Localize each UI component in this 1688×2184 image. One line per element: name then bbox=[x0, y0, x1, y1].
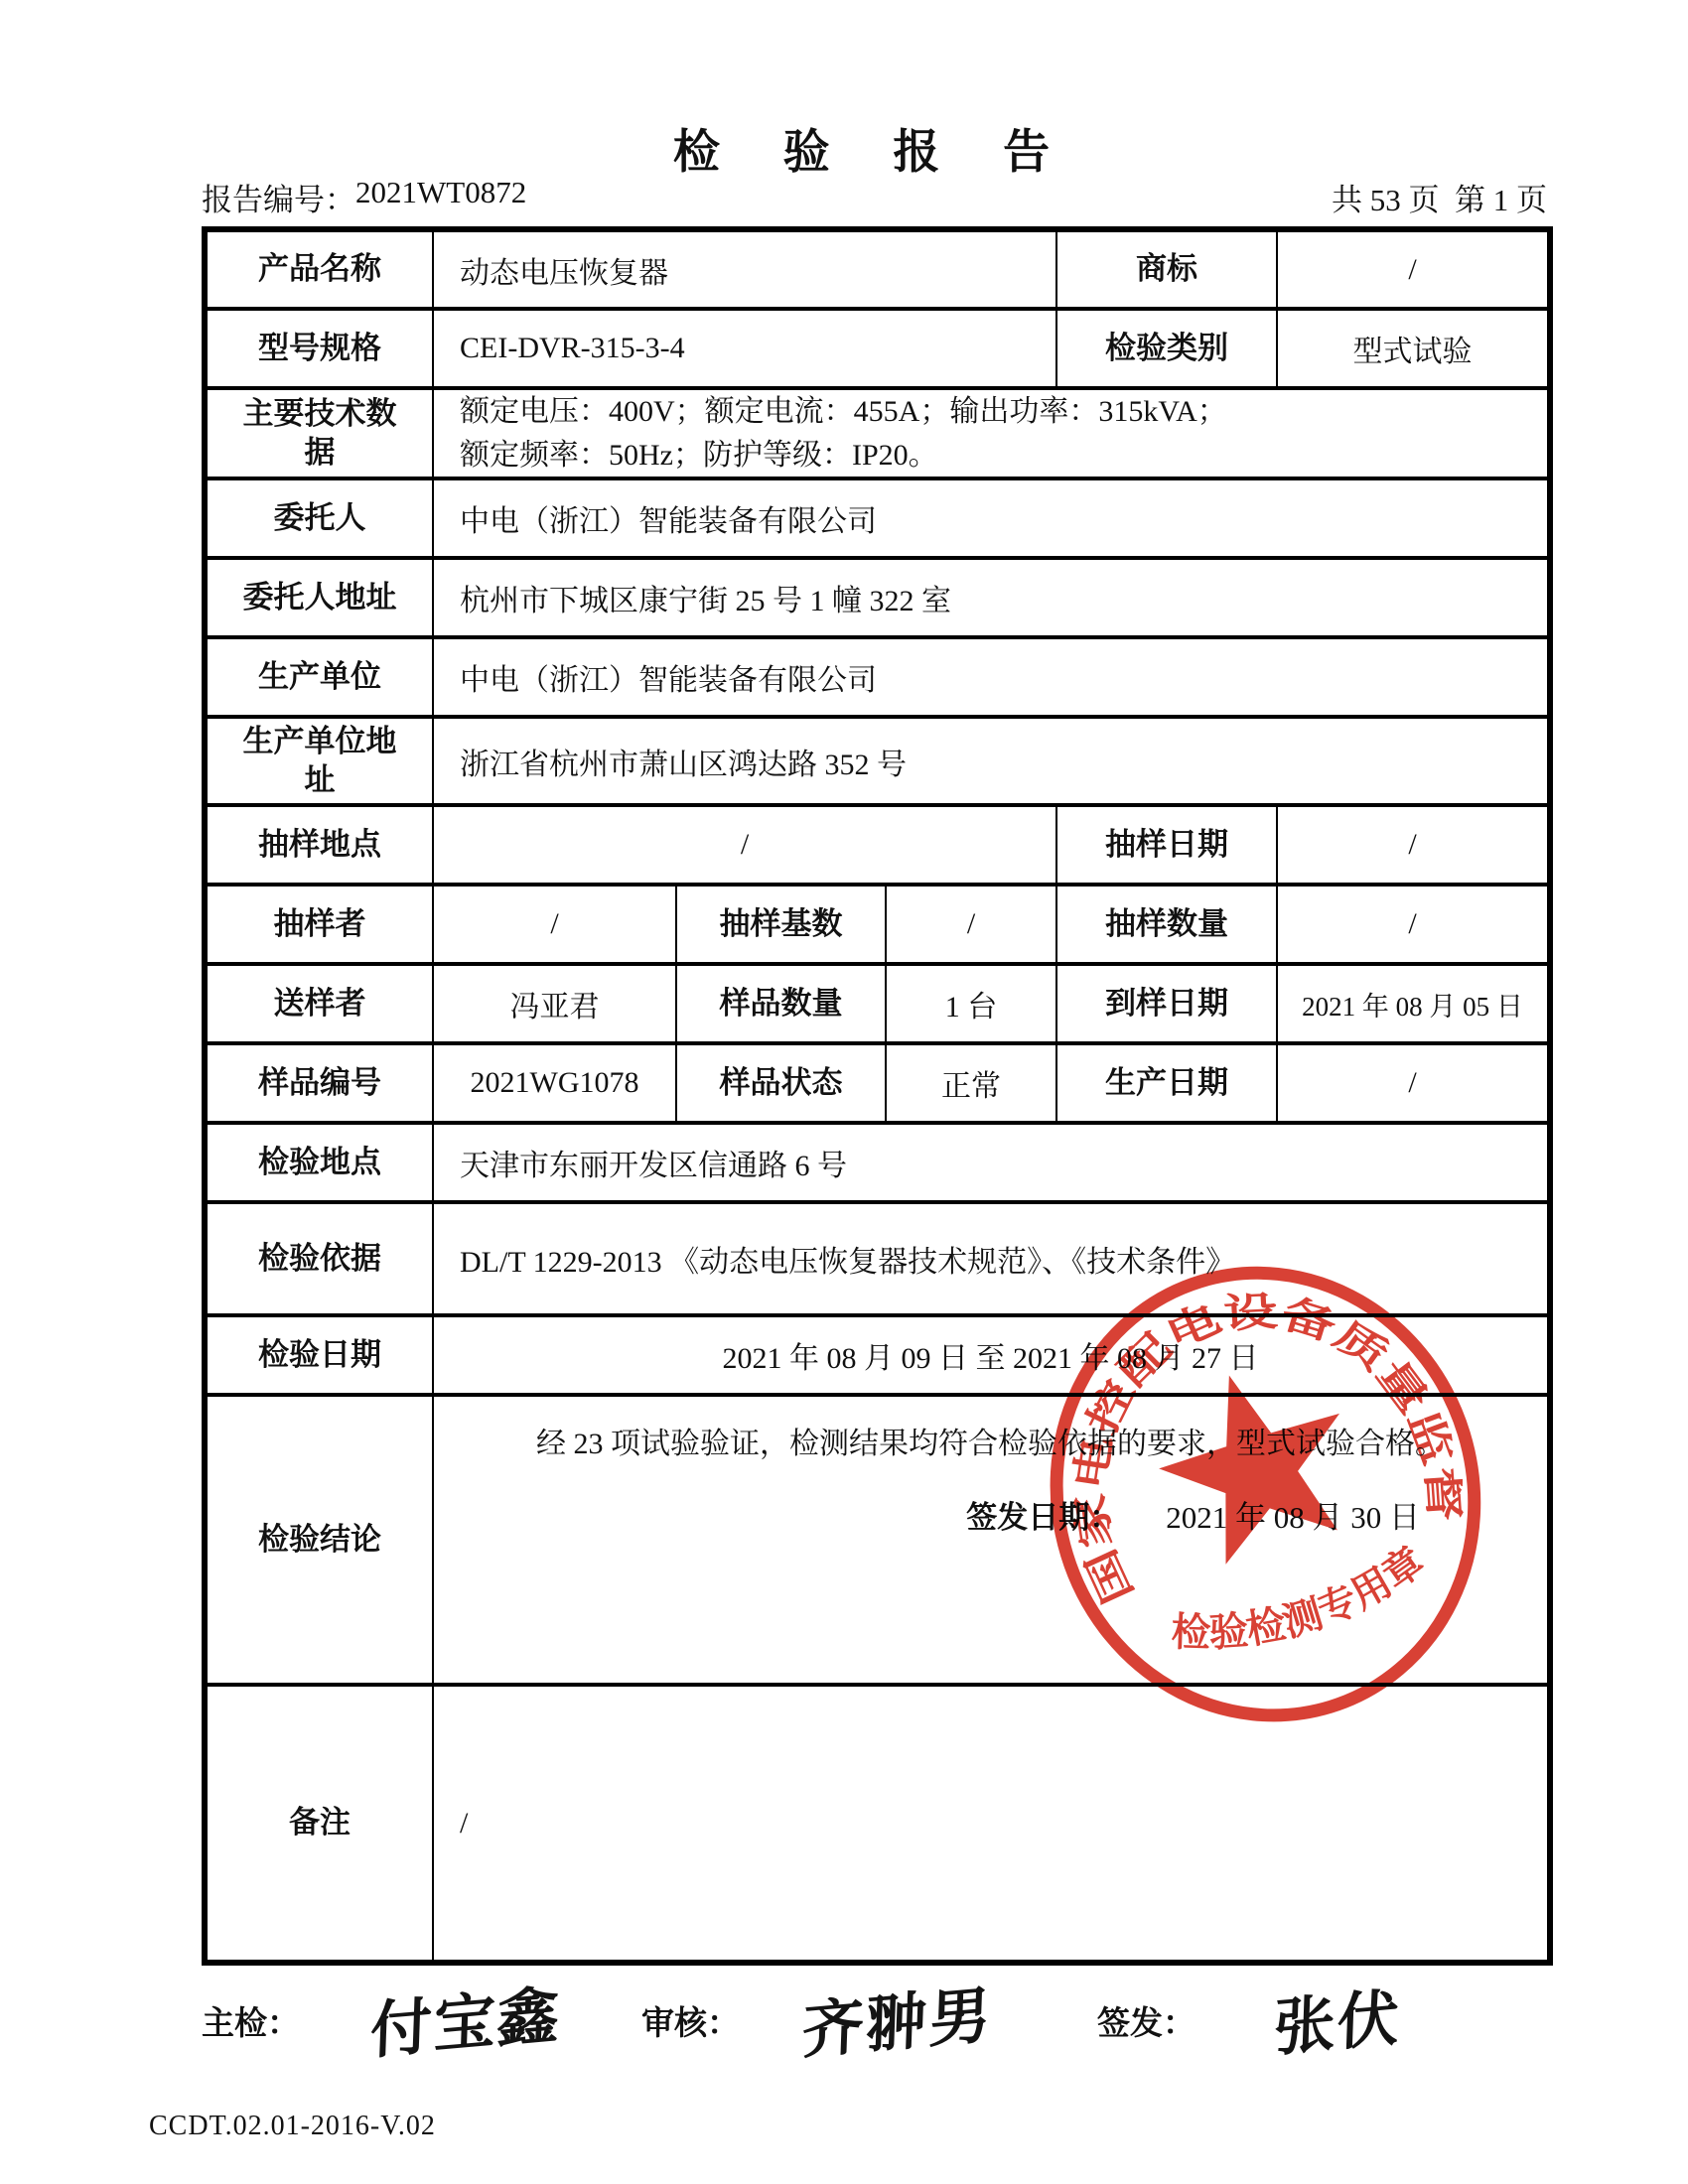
row-conclusion: 检验结论 经 23 项试验验证，检测结果均符合检验依据的要求，型式试验合格。 签… bbox=[205, 1395, 1550, 1685]
report-number: 2021WT0872 bbox=[355, 175, 526, 219]
sampling-place-label: 抽样地点 bbox=[205, 805, 433, 885]
row-remarks: 备注 / bbox=[205, 1685, 1550, 1963]
sample-sender-value: 冯亚君 bbox=[433, 964, 676, 1043]
technical-data-line1: 额定电压：400V；额定电流：455A；输出功率：315kVA； bbox=[460, 390, 1537, 434]
manufacturer-address-label: 生产单位地址 bbox=[205, 717, 433, 805]
issue-date-value: 2021 年 08 月 30 日 bbox=[1166, 1492, 1420, 1537]
sample-number-label: 样品编号 bbox=[205, 1043, 433, 1123]
row-sampler: 抽样者 / 抽样基数 / 抽样数量 / bbox=[205, 885, 1550, 964]
signature-row: 主检： 付宝鑫 审核： 齐翀男 签发： 张伏 bbox=[202, 1968, 1612, 2087]
report-table: 产品名称 动态电压恢复器 商标 / 型号规格 CEI-DVR-315-3-4 检… bbox=[202, 226, 1553, 1966]
sampling-base-label: 抽样基数 bbox=[676, 885, 886, 964]
manufacturer-label: 生产单位 bbox=[205, 637, 433, 717]
sample-sender-label: 送样者 bbox=[205, 964, 433, 1043]
inspection-place-label: 检验地点 bbox=[205, 1123, 433, 1202]
model-spec-label: 型号规格 bbox=[205, 309, 433, 388]
issuer-signature: 张伏 bbox=[1273, 1968, 1403, 2068]
inspection-category-label: 检验类别 bbox=[1056, 309, 1277, 388]
report-number-group: 报告编号： 2021WT0872 bbox=[202, 175, 526, 219]
conclusion-text: 经 23 项试验验证，检测结果均符合检验依据的要求，型式试验合格。 bbox=[444, 1419, 1537, 1462]
client-address-value: 杭州市下城区康宁街 25 号 1 幢 322 室 bbox=[433, 558, 1550, 637]
sampler-label: 抽样者 bbox=[205, 885, 433, 964]
technical-data-label: 主要技术数据 bbox=[205, 388, 433, 478]
inspection-date-label: 检验日期 bbox=[205, 1315, 433, 1395]
reviewer-signature: 齐翀男 bbox=[801, 1965, 994, 2070]
inspector-signature: 付宝鑫 bbox=[369, 1965, 562, 2070]
row-inspection-place: 检验地点 天津市东丽开发区信通路 6 号 bbox=[205, 1123, 1550, 1202]
arrival-date-value: 2021 年 08 月 05 日 bbox=[1277, 964, 1550, 1043]
production-date-label: 生产日期 bbox=[1056, 1043, 1277, 1123]
inspection-date-value: 2021 年 08 月 09 日 至 2021 年 08 月 27 日 bbox=[433, 1315, 1550, 1395]
row-client: 委托人 中电（浙江）智能装备有限公司 bbox=[205, 478, 1550, 558]
technical-data-value: 额定电压：400V；额定电流：455A；输出功率：315kVA； 额定频率：50… bbox=[433, 388, 1550, 478]
sample-status-value: 正常 bbox=[886, 1043, 1056, 1123]
sampling-date-label: 抽样日期 bbox=[1056, 805, 1277, 885]
page-count: 共 53 页 第 1 页 bbox=[1332, 175, 1547, 219]
remarks-label: 备注 bbox=[205, 1685, 433, 1963]
sampling-base-value: / bbox=[886, 885, 1056, 964]
page-title: 检 验 报 告 bbox=[202, 115, 1547, 182]
sampling-qty-label: 抽样数量 bbox=[1056, 885, 1277, 964]
row-sampling-place: 抽样地点 / 抽样日期 / bbox=[205, 805, 1550, 885]
report-number-label: 报告编号： bbox=[202, 175, 355, 219]
row-sample-number: 样品编号 2021WG1078 样品状态 正常 生产日期 / bbox=[205, 1043, 1550, 1123]
row-manufacturer: 生产单位 中电（浙江）智能装备有限公司 bbox=[205, 637, 1550, 717]
issuer-label: 签发： bbox=[1097, 1997, 1196, 2044]
reviewer-label: 审核： bbox=[641, 1997, 740, 2044]
trademark-value: / bbox=[1277, 229, 1550, 309]
issue-date-line: 签发日期： 2021 年 08 月 30 日 bbox=[444, 1492, 1537, 1537]
row-product-name: 产品名称 动态电压恢复器 商标 / bbox=[205, 229, 1550, 309]
product-name-value: 动态电压恢复器 bbox=[433, 229, 1056, 309]
client-label: 委托人 bbox=[205, 478, 433, 558]
row-inspection-basis: 检验依据 DL/T 1229-2013 《动态电压恢复器技术规范》、《技术条件》 bbox=[205, 1202, 1550, 1315]
document-code: CCDT.02.01-2016-V.02 bbox=[149, 2111, 436, 2142]
inspection-basis-value: DL/T 1229-2013 《动态电压恢复器技术规范》、《技术条件》 bbox=[433, 1202, 1550, 1315]
sample-qty-value: 1 台 bbox=[886, 964, 1056, 1043]
production-date-value: / bbox=[1277, 1043, 1550, 1123]
sample-qty-label: 样品数量 bbox=[676, 964, 886, 1043]
remarks-value: / bbox=[433, 1685, 1550, 1963]
client-value: 中电（浙江）智能装备有限公司 bbox=[433, 478, 1550, 558]
inspector-label: 主检： bbox=[202, 1997, 300, 2044]
sampling-qty-value: / bbox=[1277, 885, 1550, 964]
row-inspection-date: 检验日期 2021 年 08 月 09 日 至 2021 年 08 月 27 日 bbox=[205, 1315, 1550, 1395]
client-address-label: 委托人地址 bbox=[205, 558, 433, 637]
row-technical-data: 主要技术数据 额定电压：400V；额定电流：455A；输出功率：315kVA； … bbox=[205, 388, 1550, 478]
row-manufacturer-address: 生产单位地址 浙江省杭州市萧山区鸿达路 352 号 bbox=[205, 717, 1550, 805]
sample-status-label: 样品状态 bbox=[676, 1043, 886, 1123]
trademark-label: 商标 bbox=[1056, 229, 1277, 309]
arrival-date-label: 到样日期 bbox=[1056, 964, 1277, 1043]
row-model-spec: 型号规格 CEI-DVR-315-3-4 检验类别 型式试验 bbox=[205, 309, 1550, 388]
sampler-value: / bbox=[433, 885, 676, 964]
sampling-place-value: / bbox=[433, 805, 1056, 885]
row-client-address: 委托人地址 杭州市下城区康宁街 25 号 1 幢 322 室 bbox=[205, 558, 1550, 637]
product-name-label: 产品名称 bbox=[205, 229, 433, 309]
inspection-basis-label: 检验依据 bbox=[205, 1202, 433, 1315]
sample-number-value: 2021WG1078 bbox=[433, 1043, 676, 1123]
sampling-date-value: / bbox=[1277, 805, 1550, 885]
inspection-category-value: 型式试验 bbox=[1277, 309, 1550, 388]
row-sample-sender: 送样者 冯亚君 样品数量 1 台 到样日期 2021 年 08 月 05 日 bbox=[205, 964, 1550, 1043]
manufacturer-address-value: 浙江省杭州市萧山区鸿达路 352 号 bbox=[433, 717, 1550, 805]
model-spec-value: CEI-DVR-315-3-4 bbox=[433, 309, 1056, 388]
conclusion-label: 检验结论 bbox=[205, 1395, 433, 1685]
report-header-line: 报告编号： 2021WT0872 共 53 页 第 1 页 bbox=[202, 175, 1547, 219]
conclusion-cell: 经 23 项试验验证，检测结果均符合检验依据的要求，型式试验合格。 签发日期： … bbox=[433, 1395, 1550, 1685]
issue-date-label: 签发日期： bbox=[966, 1492, 1120, 1537]
inspection-place-value: 天津市东丽开发区信通路 6 号 bbox=[433, 1123, 1550, 1202]
manufacturer-value: 中电（浙江）智能装备有限公司 bbox=[433, 637, 1550, 717]
technical-data-line2: 额定频率：50Hz；防护等级：IP20。 bbox=[460, 434, 1537, 478]
